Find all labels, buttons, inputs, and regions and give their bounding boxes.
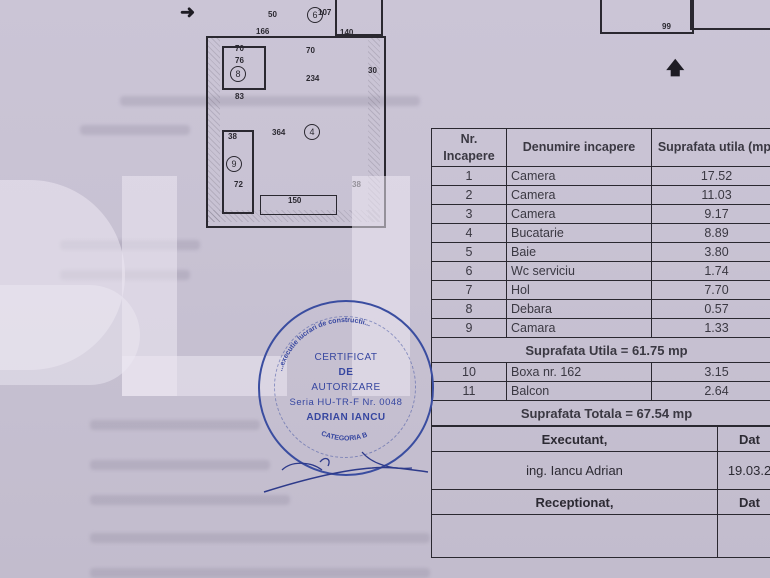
partial-plan-wall — [690, 0, 770, 30]
room-name-cell: Boxa nr. 162 — [507, 363, 652, 382]
room-area-cell: 9.17 — [652, 205, 770, 224]
date-label: Dat — [718, 427, 770, 452]
handwritten-signature — [262, 440, 432, 500]
stamp-line-1: CERTIFICAT — [260, 352, 432, 363]
stamp-line-2: DE — [260, 367, 432, 378]
room-number-cell: 11 — [432, 382, 507, 401]
room-number-cell: 5 — [432, 243, 507, 262]
table-row: 5Baie3.80 — [432, 243, 770, 262]
table-row: 10Boxa nr. 1623.15 — [432, 363, 770, 382]
room-number-cell: 6 — [432, 262, 507, 281]
table-row: 9Camara1.33 — [432, 319, 770, 338]
dim-label: 83 — [235, 92, 244, 101]
table-row: 11Balcon2.64 — [432, 382, 770, 401]
room-area-cell: 2.64 — [652, 382, 770, 401]
useful-area-total: Suprafata Utila = 61.75 mp — [432, 338, 770, 363]
room-number: 4 — [304, 124, 320, 140]
room-number-cell: 7 — [432, 281, 507, 300]
entry-arrow-right-icon: ➜ — [180, 2, 195, 23]
dim-label: 50 — [268, 10, 277, 19]
room-name-cell: Hol — [507, 281, 652, 300]
room-name-cell: Baie — [507, 243, 652, 262]
signature-table: Executant, Dat ing. Iancu Adrian 19.03.2… — [431, 426, 770, 558]
room-area-cell: 7.70 — [652, 281, 770, 300]
svg-text:...executie lucrari de constru: ...executie lucrari de constructii... — [277, 317, 371, 372]
stamp-line-5: ADRIAN IANCU — [260, 412, 432, 423]
receptionat-name — [432, 515, 718, 558]
header-nr: Nr. Incapere — [432, 129, 507, 167]
room-number: 9 — [226, 156, 242, 172]
room-name-cell: Camara — [507, 319, 652, 338]
dim-label: 364 — [272, 128, 285, 137]
room-number-cell: 9 — [432, 319, 507, 338]
room-name-cell: Camera — [507, 205, 652, 224]
table-row: 1Camera17.52 — [432, 167, 770, 186]
room-number-cell: 10 — [432, 363, 507, 382]
room-name-cell: Camera — [507, 186, 652, 205]
receptionat-date-label: Dat — [718, 490, 770, 515]
table-row: 2Camera11.03 — [432, 186, 770, 205]
dim-label: 76 — [235, 56, 244, 65]
receptionat-date — [718, 515, 770, 558]
room-number-cell: 1 — [432, 167, 507, 186]
room-name-cell: Camera — [507, 167, 652, 186]
room-number-cell: 4 — [432, 224, 507, 243]
dim-label: 234 — [306, 74, 319, 83]
dim-label: 150 — [288, 196, 301, 205]
room-number: 8 — [230, 66, 246, 82]
room-number-cell: 8 — [432, 300, 507, 319]
room-number-cell: 3 — [432, 205, 507, 224]
stamp-line-4: Seria HU-TR-F Nr. 0048 — [260, 397, 432, 408]
room-area-cell: 3.15 — [652, 363, 770, 382]
table-row: 3Camera9.17 — [432, 205, 770, 224]
room-number: 6 — [307, 7, 323, 23]
room-area-cell: 1.33 — [652, 319, 770, 338]
dim-label: 30 — [368, 66, 377, 75]
stamp-line-3: AUTORIZARE — [260, 382, 432, 393]
dim-label: 70 — [235, 44, 244, 53]
header-area: Suprafata utila (mp) — [652, 129, 770, 167]
dim-label: 166 — [256, 27, 269, 36]
entry-arrow-up-icon: 🡅 — [666, 56, 685, 86]
room-area-cell: 17.52 — [652, 167, 770, 186]
room-area-cell: 11.03 — [652, 186, 770, 205]
dim-label: 70 — [306, 46, 315, 55]
grand-total: Suprafata Totala = 67.54 mp — [432, 401, 770, 426]
executant-date: 19.03.2 — [718, 452, 770, 490]
room-area-cell: 3.80 — [652, 243, 770, 262]
room-area-cell: 0.57 — [652, 300, 770, 319]
room-area-cell: 1.74 — [652, 262, 770, 281]
room-name-cell: Wc serviciu — [507, 262, 652, 281]
room-name-cell: Balcon — [507, 382, 652, 401]
dim-label: 72 — [234, 180, 243, 189]
dim-label: 99 — [662, 22, 671, 31]
table-row: 8Debara0.57 — [432, 300, 770, 319]
receptionat-label: Receptionat, — [432, 490, 718, 515]
executant-name: ing. Iancu Adrian — [432, 452, 718, 490]
room-area-table: Nr. Incapere Denumire incapere Suprafata… — [431, 128, 770, 558]
executant-label: Executant, — [432, 427, 718, 452]
table-row: 4Bucatarie8.89 — [432, 224, 770, 243]
partial-plan-wall — [600, 0, 694, 34]
dim-label: 140 — [340, 28, 353, 37]
header-name: Denumire incapere — [507, 129, 652, 167]
room-number-cell: 2 — [432, 186, 507, 205]
table-row: 6Wc serviciu1.74 — [432, 262, 770, 281]
room-area-cell: 8.89 — [652, 224, 770, 243]
table-row: 7Hol7.70 — [432, 281, 770, 300]
room-name-cell: Debara — [507, 300, 652, 319]
dim-label: 38 — [228, 132, 237, 141]
room-name-cell: Bucatarie — [507, 224, 652, 243]
camara-wall — [222, 130, 254, 214]
